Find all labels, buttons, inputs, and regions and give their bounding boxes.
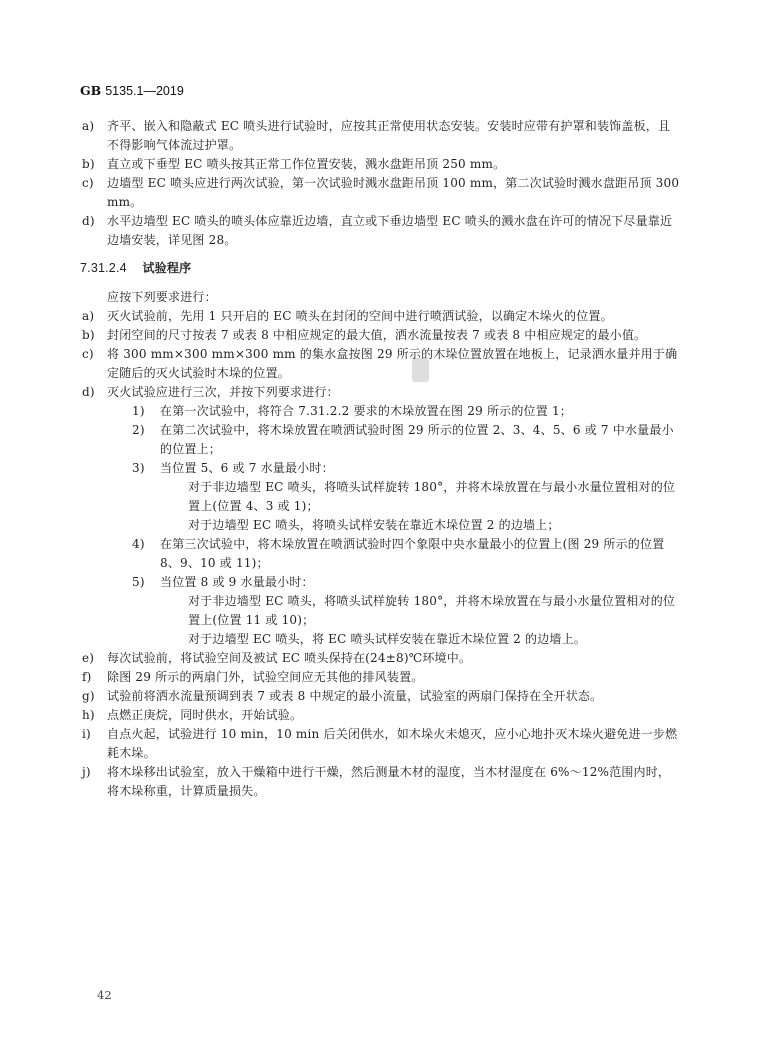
sub-item-label: 1) — [132, 402, 145, 421]
sub-item-text: 当位置 8 或 9 水量最小时： — [160, 575, 314, 589]
sub-item-label: 5) — [132, 573, 145, 592]
list-item: c) 边墙型 EC 喷头应进行两次试验，第一次试验时溅水盘距吊顶 100 mm，… — [80, 174, 680, 212]
item-text: 除图 29 所示的两扇门外，试验空间应无其他的排风装置。 — [107, 670, 424, 684]
item-text: 将 300 mm×300 mm×300 mm 的集水盒按图 29 所示的木垛位置… — [107, 347, 677, 380]
list-item: f) 除图 29 所示的两扇门外，试验空间应无其他的排风装置。 — [80, 668, 680, 687]
sub-list-item: 4) 在第三次试验中，将木垛放置在喷洒试验时四个象限中央水量最小的位置上(图 2… — [80, 535, 680, 573]
sub-list-item: 5) 当位置 8 或 9 水量最小时： — [80, 573, 680, 592]
item-text: 灭火试验前，先用 1 只开启的 EC 喷头在封闭的空间中进行喷洒试验，以确定木垛… — [107, 309, 613, 323]
item-label: b) — [82, 155, 95, 174]
list-item: h) 点燃正庚烷，同时供水，开始试验。 — [80, 706, 680, 725]
section-intro: 应按下列要求进行： — [80, 288, 680, 307]
sub-item-label: 4) — [132, 535, 145, 554]
item-text: 点燃正庚烷，同时供水，开始试验。 — [107, 708, 302, 722]
list-item: c) 将 300 mm×300 mm×300 mm 的集水盒按图 29 所示的木… — [80, 345, 680, 383]
list-item: d) 灭火试验应进行三次，并按下列要求进行： — [80, 383, 680, 402]
item-label: a) — [82, 117, 94, 136]
sub-item-label: 3) — [132, 459, 145, 478]
section-number: 7.31.2.4 — [80, 261, 127, 275]
item-label: h) — [82, 706, 95, 725]
item-label: j) — [82, 763, 91, 782]
nested-paragraph: 对于边墙型 EC 喷头，将喷头试样安装在靠近木垛位置 2 的边墙上； — [80, 516, 680, 535]
document-body: a) 齐平、嵌入和隐蔽式 EC 喷头进行试验时，应按其正常使用状态安装。安装时应… — [80, 117, 680, 801]
sub-list-item: 3) 当位置 5、6 或 7 水量最小时： — [80, 459, 680, 478]
sub-item-text: 在第二次试验中，将木垛放置在喷洒试验时图 29 所示的位置 2、3、4、5、6 … — [160, 423, 674, 456]
sub-item-text: 当位置 5、6 或 7 水量最小时： — [160, 461, 334, 475]
item-label: e) — [82, 649, 94, 668]
sub-item-text: 在第一次试验中，将符合 7.31.2.2 要求的木垛放置在图 29 所示的位置 … — [160, 404, 572, 418]
item-label: d) — [82, 212, 95, 231]
list-item: b) 封闭空间的尺寸按表 7 或表 8 中相应规定的最大值，洒水流量按表 7 或… — [80, 326, 680, 345]
list-item: i) 自点火起，试验进行 10 min，10 min 后关闭供水，如木垛火未熄灭… — [80, 725, 680, 763]
item-text: 每次试验前，将试验空间及被试 EC 喷头保持在(24±8)℃环境中。 — [107, 651, 471, 665]
item-text: 试验前将洒水流量预调到表 7 或表 8 中规定的最小流量，试验室的两扇门保持在全… — [107, 689, 602, 703]
item-label: b) — [82, 326, 95, 345]
item-text: 灭火试验应进行三次，并按下列要求进行： — [107, 385, 339, 399]
item-label: g) — [82, 687, 95, 706]
sub-item-text: 在第三次试验中，将木垛放置在喷洒试验时四个象限中央水量最小的位置上(图 29 所… — [160, 537, 664, 570]
item-text: 水平边墙型 EC 喷头的喷头体应靠近边墙，直立或下垂边墙型 EC 喷头的溅水盘在… — [107, 214, 672, 247]
standard-prefix: GB — [80, 83, 101, 98]
item-label: i) — [82, 725, 91, 744]
item-text: 将木垛移出试验室，放入干燥箱中进行干燥，然后测量木材的湿度，当木材湿度在 6%～… — [107, 765, 670, 798]
item-label: a) — [82, 307, 94, 326]
standard-number: 5135.1—2019 — [105, 84, 184, 98]
item-label: c) — [82, 345, 94, 364]
item-text: 直立或下垂型 EC 喷头按其正常工作位置安装，溅水盘距吊顶 250 mm。 — [107, 157, 505, 171]
list-item: a) 灭火试验前，先用 1 只开启的 EC 喷头在封闭的空间中进行喷洒试验，以确… — [80, 307, 680, 326]
list-item: g) 试验前将洒水流量预调到表 7 或表 8 中规定的最小流量，试验室的两扇门保… — [80, 687, 680, 706]
item-label: c) — [82, 174, 94, 193]
list-item: e) 每次试验前，将试验空间及被试 EC 喷头保持在(24±8)℃环境中。 — [80, 649, 680, 668]
item-text: 封闭空间的尺寸按表 7 或表 8 中相应规定的最大值，洒水流量按表 7 或表 8… — [107, 328, 646, 342]
page-number: 42 — [97, 988, 112, 1002]
item-label: d) — [82, 383, 95, 402]
item-text: 自点火起，试验进行 10 min，10 min 后关闭供水，如木垛火未熄灭，应小… — [107, 727, 677, 760]
nested-paragraph: 对于边墙型 EC 喷头，将 EC 喷头试样安装在靠近木垛位置 2 的边墙上。 — [80, 630, 680, 649]
item-label: f) — [82, 668, 92, 687]
item-text: 齐平、嵌入和隐蔽式 EC 喷头进行试验时，应按其正常使用状态安装。安装时应带有护… — [107, 119, 670, 152]
list-item: b) 直立或下垂型 EC 喷头按其正常工作位置安装，溅水盘距吊顶 250 mm。 — [80, 155, 680, 174]
section-heading: 7.31.2.4 试验程序 — [80, 259, 680, 278]
list-item: j) 将木垛移出试验室，放入干燥箱中进行干燥，然后测量木材的湿度，当木材湿度在 … — [80, 763, 680, 801]
list-item: a) 齐平、嵌入和隐蔽式 EC 喷头进行试验时，应按其正常使用状态安装。安装时应… — [80, 117, 680, 155]
list-item: d) 水平边墙型 EC 喷头的喷头体应靠近边墙，直立或下垂边墙型 EC 喷头的溅… — [80, 212, 680, 250]
nested-paragraph: 对于非边墙型 EC 喷头，将喷头试样旋转 180°，并将木垛放置在与最小水量位置… — [80, 592, 680, 630]
sub-list-item: 2) 在第二次试验中，将木垛放置在喷洒试验时图 29 所示的位置 2、3、4、5… — [80, 421, 680, 459]
sub-item-label: 2) — [132, 421, 145, 440]
nested-paragraph: 对于非边墙型 EC 喷头，将喷头试样旋转 180°，并将木垛放置在与最小水量位置… — [80, 478, 680, 516]
section-title: 试验程序 — [142, 261, 191, 275]
item-text: 边墙型 EC 喷头应进行两次试验，第一次试验时溅水盘距吊顶 100 mm，第二次… — [107, 176, 679, 209]
sub-list-item: 1) 在第一次试验中，将符合 7.31.2.2 要求的木垛放置在图 29 所示的… — [80, 402, 680, 421]
document-header: GB 5135.1—2019 — [80, 83, 184, 98]
